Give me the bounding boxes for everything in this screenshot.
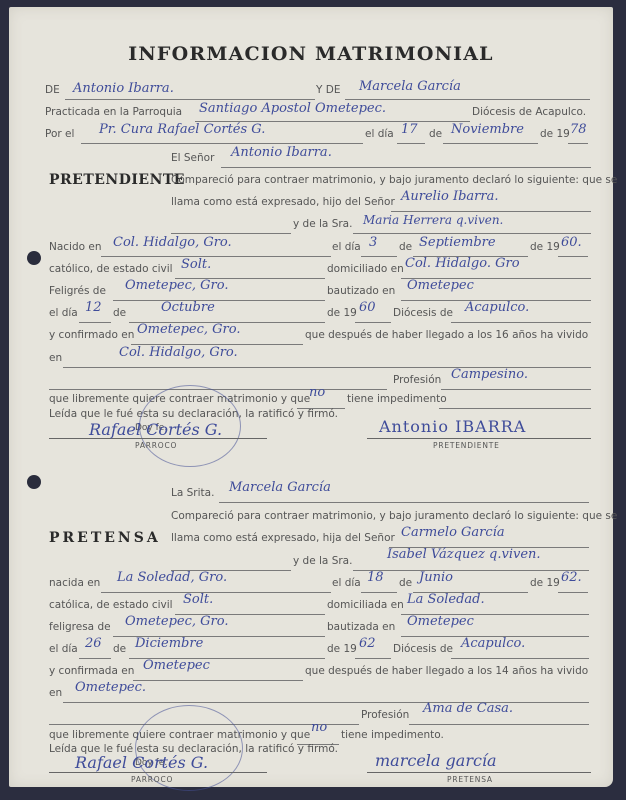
bautizado-value: Ometepec	[407, 278, 474, 294]
sra-label: y de la Sra.	[293, 552, 352, 570]
pretendiente-signature: Antonio IBARRA	[379, 417, 526, 436]
el-dia-label: el día	[365, 125, 394, 143]
senor-value: Antonio Ibarra.	[231, 145, 332, 161]
nac-dia-value: 18	[367, 570, 384, 586]
parroco-signature: Rafael Cortés G.	[75, 753, 208, 772]
domiciliada-label: domiciliada en	[327, 596, 404, 614]
estado-civil-value: Solt.	[183, 592, 213, 608]
vivido-value: Col. Hidalgo, Gro.	[119, 345, 238, 361]
pretensa-caption: PRETENSA	[447, 775, 493, 784]
tiene-impedimento-text: tiene impedimento.	[341, 726, 444, 744]
nacido-label: Nacido en	[49, 238, 102, 256]
nacida-value: La Soledad, Gro.	[117, 570, 227, 586]
en-label: en	[49, 684, 62, 702]
y-de-label: Y DE	[316, 81, 340, 99]
parroco-signature-line	[49, 772, 267, 773]
de-label: de	[399, 574, 412, 592]
blank-line	[171, 215, 291, 234]
domicilio-value: Col. Hidalgo. Gro	[405, 256, 520, 272]
confirmada-label: y confirmada en	[49, 662, 134, 680]
padre-value: Aurelio Ibarra.	[401, 189, 498, 205]
blank-line	[49, 371, 387, 390]
despues-text: que después de haber llegado a los 16 añ…	[305, 326, 588, 344]
srita-value: Marcela García	[229, 480, 331, 496]
anio-prefix: de 19	[540, 125, 570, 143]
mes-value: Noviembre	[451, 122, 524, 138]
parroquia-value: Santiago Apostol Ometepec.	[199, 101, 386, 117]
profesion-label: Profesión	[361, 706, 409, 724]
profesion-value: Ama de Casa.	[423, 701, 513, 717]
madre-value: Maria Herrera q.viven.	[363, 212, 503, 228]
bautizado-label: bautizado en	[327, 282, 395, 300]
bau-diocesis-label: Diócesis de	[393, 304, 453, 322]
bau-mes-value: Octubre	[161, 300, 215, 316]
profesion-value: Campesino.	[451, 367, 528, 383]
sra-label: y de la Sra.	[293, 215, 352, 233]
de-label: de	[399, 238, 412, 256]
despues-text: que después de haber llegado a los 14 añ…	[305, 662, 588, 680]
bau-diocesis-label: Diócesis de	[393, 640, 453, 658]
feligres-label: Feligrés de	[49, 282, 106, 300]
comparecio-text: Compareció para contraer matrimonio, y b…	[171, 171, 617, 189]
section-pretendiente: PRETENDIENTE	[49, 172, 185, 188]
por-el-value: Pr. Cura Rafael Cortés G.	[99, 122, 265, 138]
nac-mes-value: Junio	[419, 570, 453, 586]
bau-anio-prefix: de 19	[327, 640, 357, 658]
padre-value: Carmelo García	[401, 525, 505, 541]
confirmada-value: Ometepec	[143, 658, 210, 674]
el-dia-label: el día	[332, 238, 361, 256]
document-page: INFORMACION MATRIMONIAL DE Antonio Ibarr…	[9, 7, 613, 787]
bau-dia-label: el día	[49, 640, 78, 658]
parroco-caption: PARROCO	[131, 775, 173, 784]
document-title: INFORMACION MATRIMONIAL	[9, 43, 613, 65]
feligresa-value: Ometepec, Gro.	[125, 614, 229, 630]
catolico-label: católico, de estado civil	[49, 260, 173, 278]
catolica-label: católica, de estado civil	[49, 596, 173, 614]
nac-mes-value: Septiembre	[419, 235, 496, 251]
pretensa-signature: marcela garcía	[375, 751, 497, 770]
por-el-label: Por el	[45, 125, 74, 143]
anio-value: 78	[570, 122, 587, 138]
confirmado-label: y confirmado en	[49, 326, 134, 344]
bau-de-label: de	[113, 304, 126, 322]
parroco-caption: PARROCO	[135, 441, 177, 450]
pretendiente-signature-line	[367, 438, 591, 439]
bau-mes-field	[129, 304, 325, 323]
section-pretensa: PRETENSA	[49, 530, 161, 546]
feligres-value: Ometepec, Gro.	[125, 278, 229, 294]
bau-anio-value: 60	[359, 300, 376, 316]
nacido-value: Col. Hidalgo, Gro.	[113, 235, 232, 251]
parroquia-label: Practicada en la Parroquia	[45, 103, 182, 121]
nac-anio-prefix: de 19	[530, 238, 560, 256]
bau-diocesis-value: Acapulco.	[465, 300, 529, 316]
confirmado-value: Ometepec, Gro.	[137, 322, 241, 338]
nac-anio-value: 60.	[561, 235, 582, 251]
de-value: Antonio Ibarra.	[73, 81, 174, 97]
punch-hole	[27, 475, 41, 489]
impedimento-value: no	[311, 720, 327, 736]
bautizada-label: bautizada en	[327, 618, 395, 636]
bau-dia-label: el día	[49, 304, 78, 322]
pretensa-signature-line	[367, 772, 591, 773]
nac-dia-value: 3	[369, 235, 377, 251]
bau-mes-value: Diciembre	[135, 636, 203, 652]
feligresa-label: feligresa de	[49, 618, 111, 636]
nac-dia-field	[361, 238, 397, 257]
senor-label: El Señor	[171, 149, 214, 167]
nac-anio-value: 62.	[561, 570, 582, 586]
profesion-label: Profesión	[393, 371, 441, 389]
bau-diocesis-value: Acapulco.	[461, 636, 525, 652]
blank-line	[171, 552, 291, 571]
comparecio-text: Compareció para contraer matrimonio, y b…	[171, 507, 617, 525]
vivido-value: Ometepec.	[75, 680, 146, 696]
impedimento-value: no	[309, 385, 325, 401]
de-label-2: de	[429, 125, 442, 143]
blank-line	[439, 390, 591, 409]
tiene-impedimento-text: tiene impedimento	[347, 390, 447, 408]
srita-label: La Srita.	[171, 484, 214, 502]
bautizada-value: Ometepec	[407, 614, 474, 630]
madre-value: Isabel Vázquez q.viven.	[387, 547, 541, 563]
domiciliado-label: domiciliado en	[327, 260, 404, 278]
estado-civil-value: Solt.	[181, 257, 211, 273]
pretendiente-caption: PRETENDIENTE	[433, 441, 500, 450]
domicilio-value: La Soledad.	[407, 592, 485, 608]
bau-anio-value: 62	[359, 636, 376, 652]
bau-dia-value: 12	[85, 300, 102, 316]
el-dia-label: el día	[332, 574, 361, 592]
bau-de-label: de	[113, 640, 126, 658]
dia-value: 17	[401, 122, 418, 138]
en-label: en	[49, 349, 62, 367]
bau-anio-prefix: de 19	[327, 304, 357, 322]
punch-hole	[27, 251, 41, 265]
diocesis-label: Diócesis de Acapulco.	[472, 103, 586, 121]
y-de-value: Marcela García	[359, 79, 461, 95]
parroco-signature: Rafael Cortés G.	[89, 420, 222, 439]
de-label: DE	[45, 81, 60, 99]
bau-dia-value: 26	[85, 636, 102, 652]
nacida-label: nacida en	[49, 574, 100, 592]
llama-text: llama como está expresado, hija del Seño…	[171, 529, 395, 547]
nac-anio-prefix: de 19	[530, 574, 560, 592]
llama-text: llama como está expresado, hijo del Seño…	[171, 193, 395, 211]
